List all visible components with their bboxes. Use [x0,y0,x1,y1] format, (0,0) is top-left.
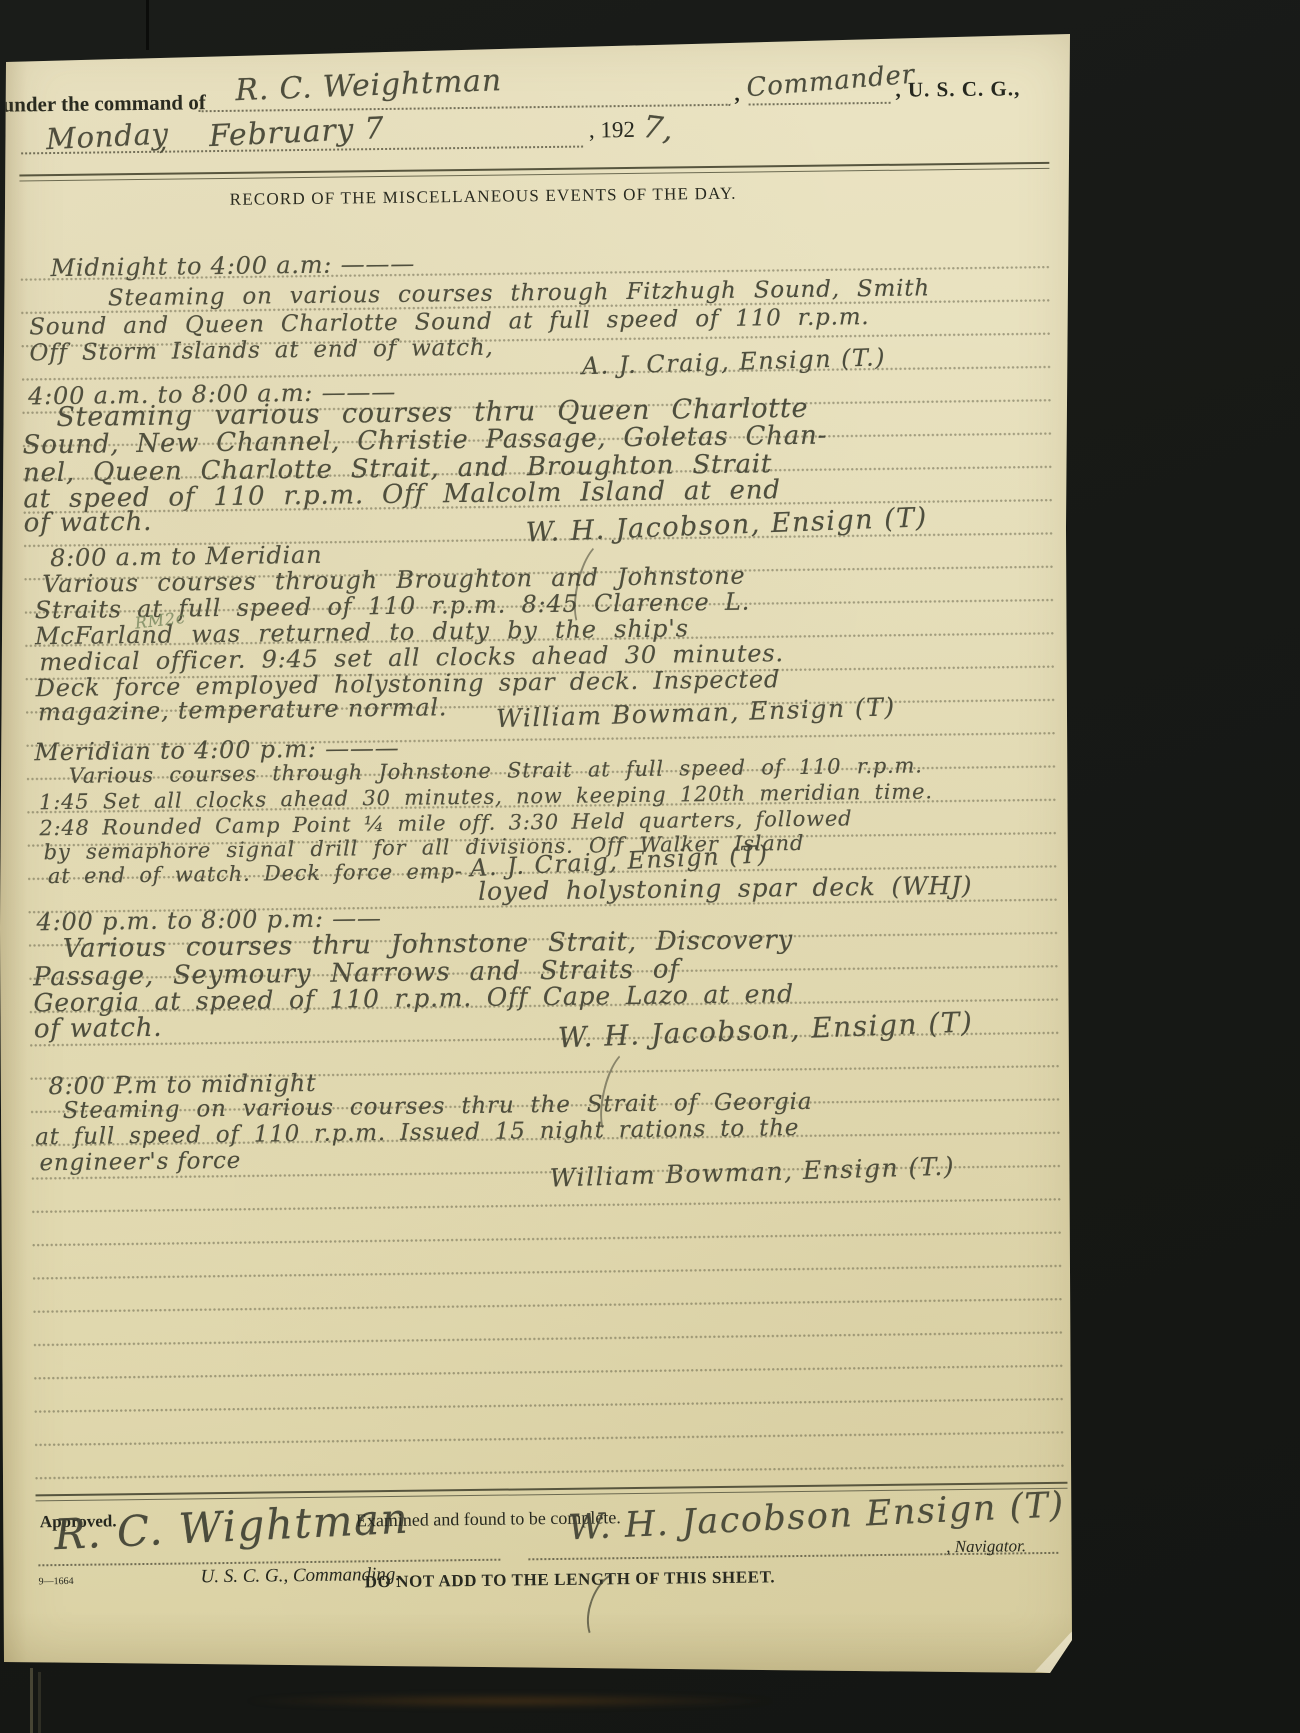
uscg-suffix: , U. S. C. G., [895,76,1020,103]
entry-line: of watch. [34,1013,163,1045]
navigator-label: , Navigator. [946,1536,1026,1557]
entry-heading: Midnight to 4:00 a.m: ——— [50,250,415,282]
year-handwriting: 7, [641,109,677,149]
fill-line [749,102,891,106]
background-seam [146,0,149,50]
log-page: under the command of R. C. Weightman , C… [0,28,1082,1678]
commander-name-handwriting: R. C. Weightman [235,63,503,108]
binding-thread [30,1668,33,1733]
commander-rank-handwriting: Commander [745,60,916,104]
form-number: 9—1664 [39,1576,74,1587]
binding-thread [38,1672,41,1733]
command-label: under the command of [2,90,205,117]
entry-line: magazine, temperature normal. [38,693,448,726]
warning-label: DO NOT ADD TO THE LENGTH OF THIS SHEET. [365,1567,776,1592]
comma: , [734,82,740,107]
page-content: under the command of R. C. Weightman , C… [0,16,1092,1679]
double-rule [19,162,1049,182]
section-title: RECORD OF THE MISCELLANEOUS EVENTS OF TH… [230,184,737,210]
entry-line: at end of watch. Deck force emp- [48,859,463,888]
photographed-logbook-scan: under the command of R. C. Weightman , C… [0,0,1300,1733]
binding-shadow [240,1694,780,1708]
entry-line: engineer's force [39,1148,241,1176]
year-printed: , 192 [589,117,635,144]
entry-line: of watch. [23,507,152,539]
entry-line: loyed holystoning spar deck (WHJ) [478,871,973,906]
